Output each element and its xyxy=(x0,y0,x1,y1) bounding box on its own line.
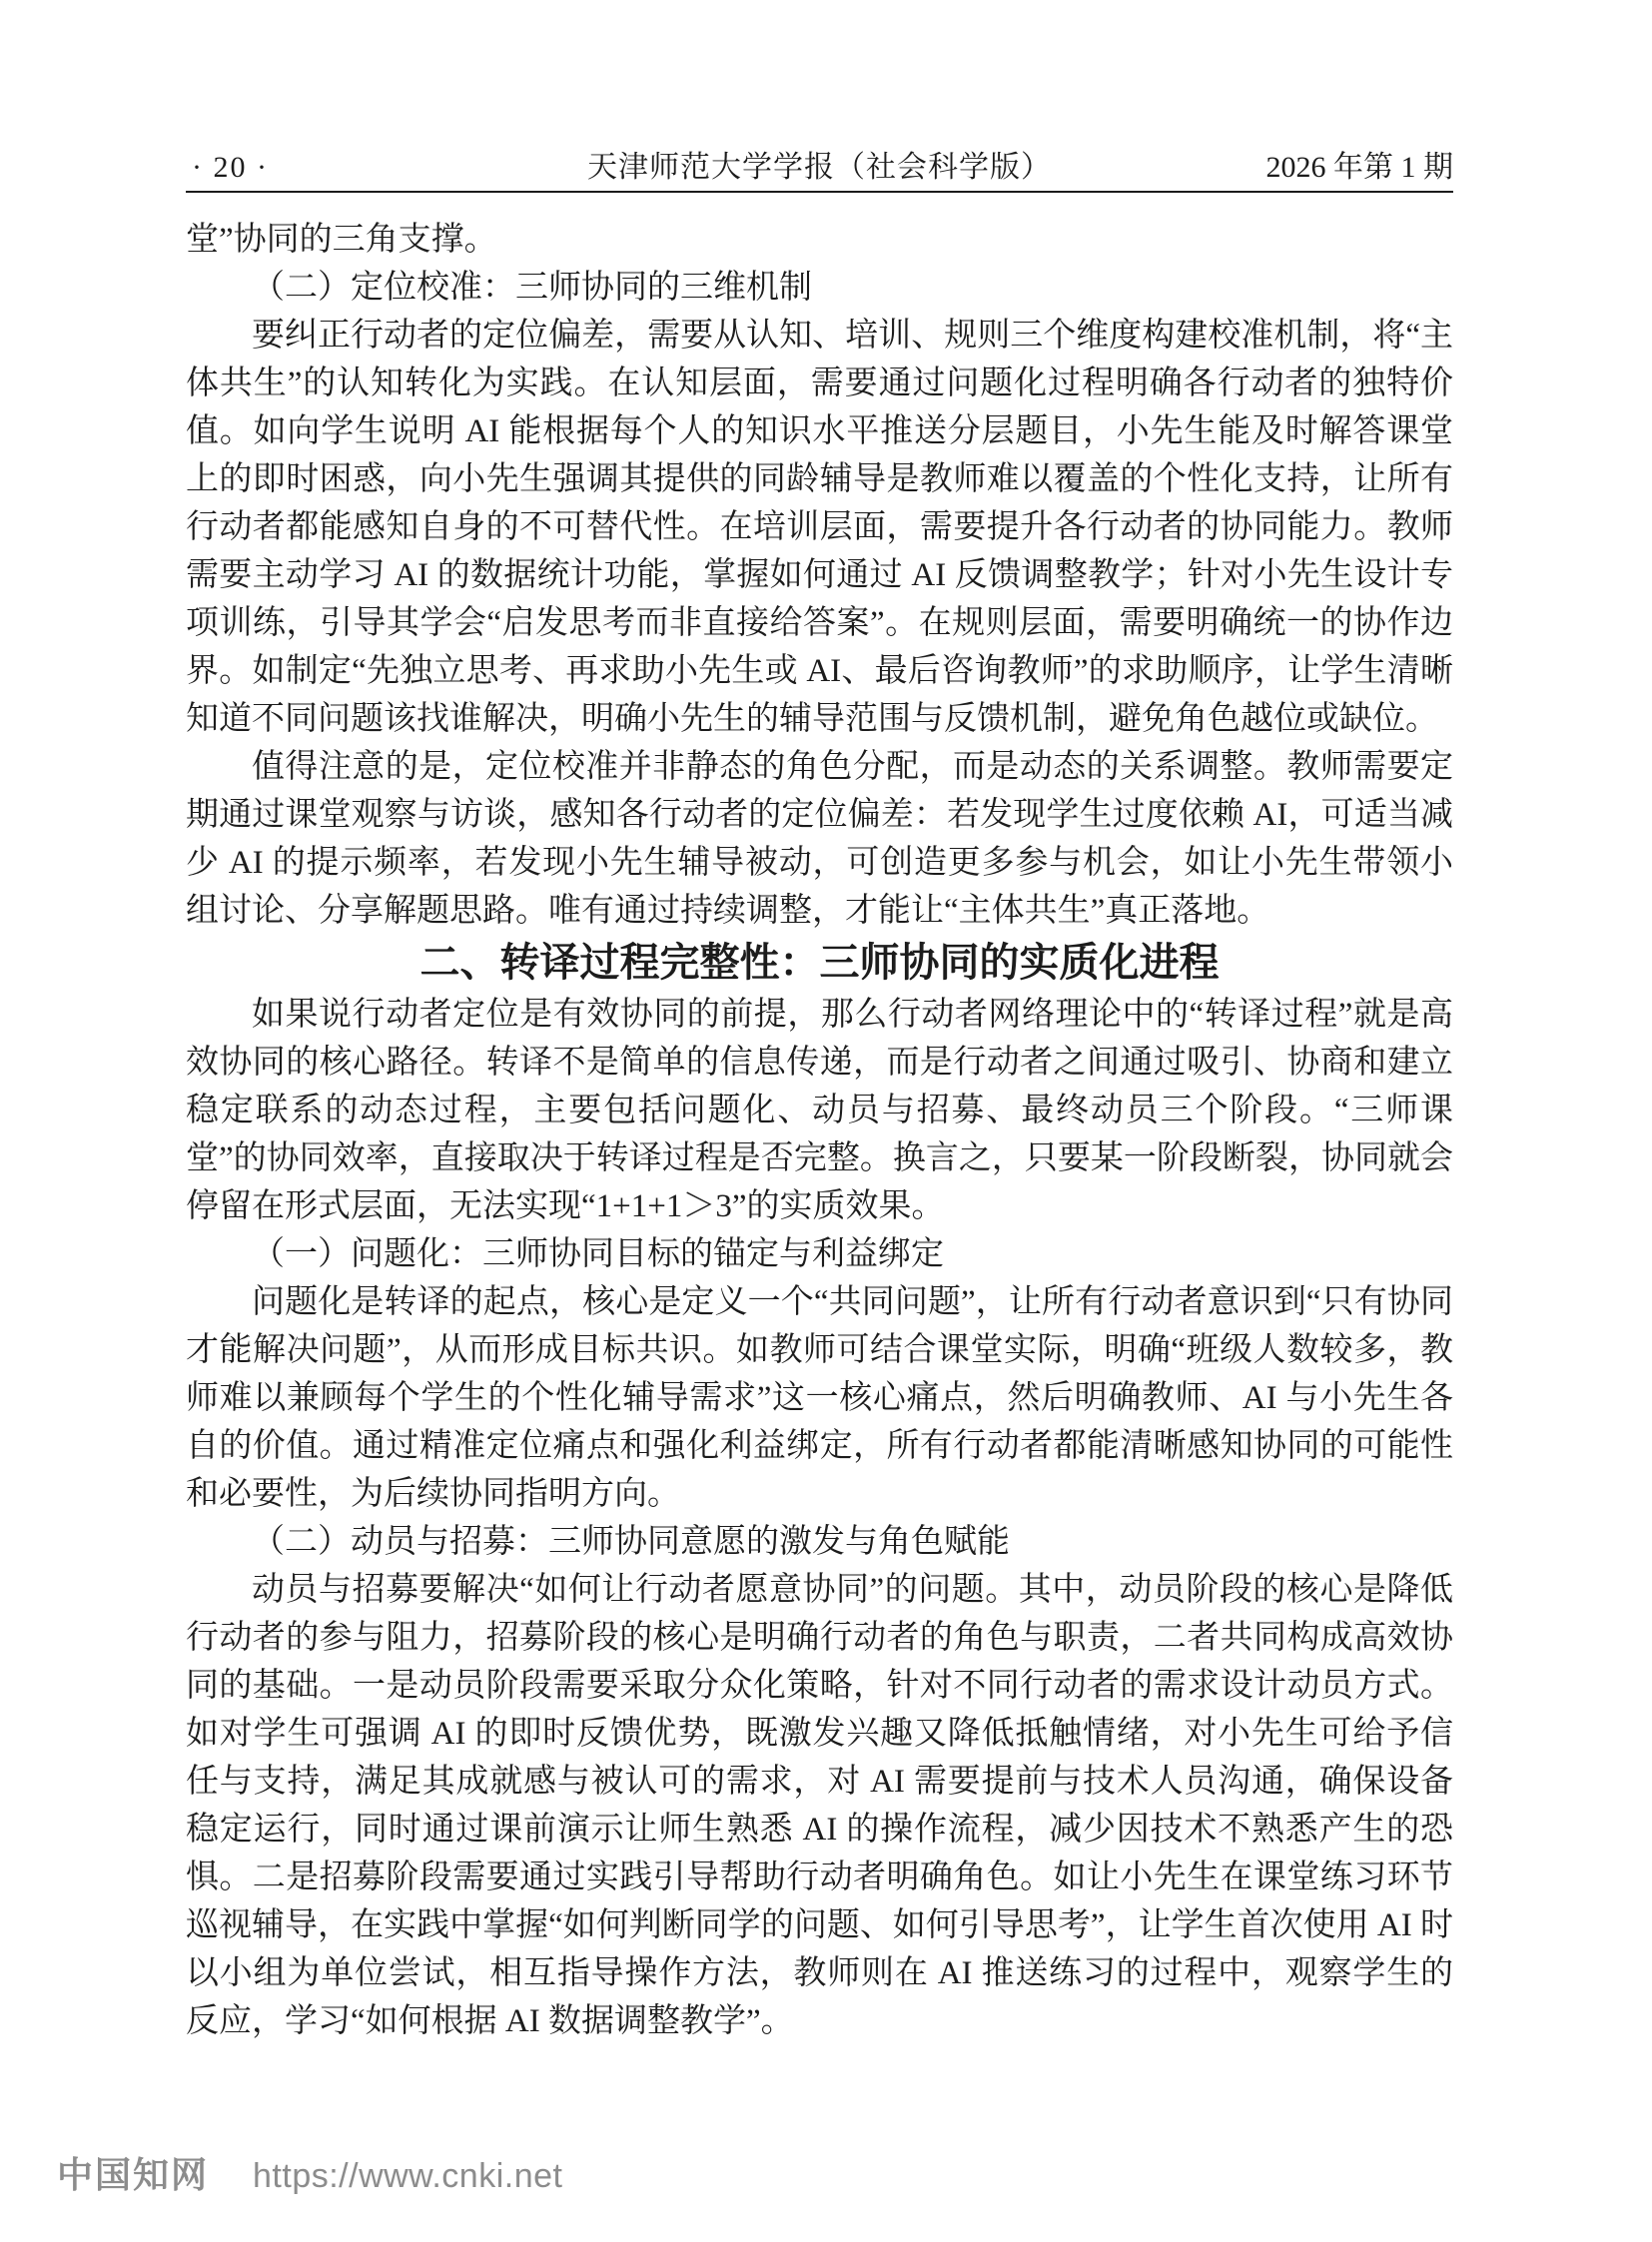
section-heading: 二、转译过程完整性：三师协同的实质化进程 xyxy=(186,935,1453,991)
page-number: · 20 · xyxy=(192,148,269,188)
subsection-title: （二）定位校准：三师协同的三维机制 xyxy=(186,264,1453,312)
cnki-logo-text: 中国知网 xyxy=(57,2147,209,2198)
paragraph: 值得注意的是，定位校准并非静态的角色分配，而是动态的关系调整。教师需要定期通过课… xyxy=(186,743,1453,935)
paragraph: 如果说行动者定位是有效协同的前提，那么行动者网络理论中的“转译过程”就是高效协同… xyxy=(186,991,1453,1230)
issue-label: 2026 年第 1 期 xyxy=(1266,148,1454,188)
paragraph: 动员与招募要解决“如何让行动者愿意协同”的问题。其中，动员阶段的核心是降低行动者… xyxy=(186,1566,1453,2045)
subsection-title: （一）问题化：三师协同目标的锚定与利益绑定 xyxy=(186,1230,1453,1278)
header-divider xyxy=(186,191,1453,193)
journal-page: · 20 · 天津师范大学学报（社会科学版） 2026 年第 1 期 堂”协同的… xyxy=(0,0,1652,2242)
paragraph-continuation: 堂”协同的三角支撑。 xyxy=(186,216,1453,264)
paragraph: 问题化是转译的起点，核心是定义一个“共同问题”，让所有行动者意识到“只有协同才能… xyxy=(186,1278,1453,1518)
paragraph: 要纠正行动者的定位偏差，需要从认知、培训、规则三个维度构建校准机制，将“主体共生… xyxy=(186,312,1453,743)
cnki-url: https://www.cnki.net xyxy=(253,2157,562,2196)
cnki-watermark: 中国知网 https://www.cnki.net xyxy=(57,2147,562,2198)
subsection-title: （二）动员与招募：三师协同意愿的激发与角色赋能 xyxy=(186,1518,1453,1566)
running-header: · 20 · 天津师范大学学报（社会科学版） 2026 年第 1 期 xyxy=(186,148,1453,188)
journal-title: 天津师范大学学报（社会科学版） xyxy=(587,148,1052,188)
article-body: 堂”协同的三角支撑。 （二）定位校准：三师协同的三维机制 要纠正行动者的定位偏差… xyxy=(186,216,1453,2045)
